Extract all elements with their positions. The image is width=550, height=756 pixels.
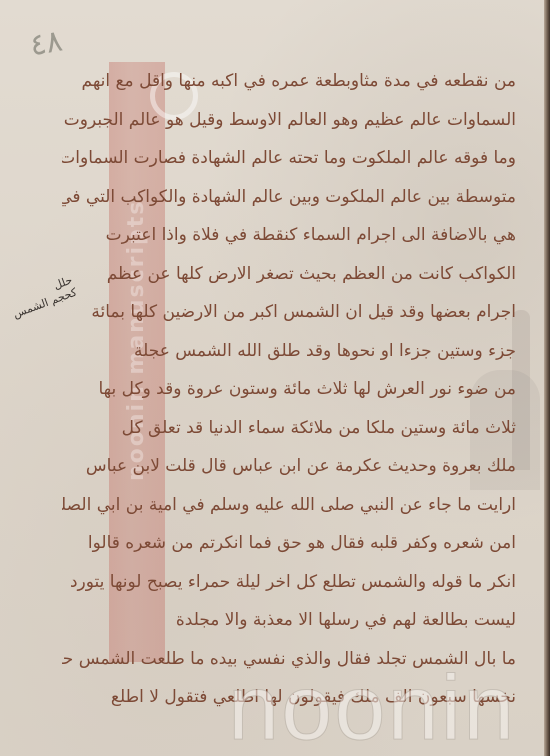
text-line: السماوات عالم عظيم وهو العالم الاوسط وقي… [62, 101, 516, 140]
text-line: جزء وستين جزءا او نحوها وقد طلق الله الش… [62, 332, 516, 371]
text-line: الكواكب كانت من العظم بحيث تصغر الارض كل… [62, 255, 516, 294]
page-number: ٤٨ [27, 23, 65, 63]
text-line: ارايت ما جاء عن النبي صلى الله عليه وسلم… [62, 486, 516, 525]
text-line: امن شعره وكفر قلبه فقال هو حق فما انكرتم… [62, 524, 516, 563]
text-line: ملك بعروة وحديث عكرمة عن ابن عباس قال قل… [62, 447, 516, 486]
text-line: ليست بطالعة لهم في رسلها الا معذبة والا … [62, 601, 516, 640]
text-line: من ضوء نور العرش لها ثلاث مائة وستون عرو… [62, 370, 516, 409]
text-line: هي بالاضافة الى اجرام السماء كنقطة في فل… [62, 216, 516, 255]
text-line: انكر ما قوله والشمس تطلع كل اخر ليلة حمر… [62, 563, 516, 602]
text-line: ثلاث مائة وستين ملكا من ملائكة سماء الدن… [62, 409, 516, 448]
text-line: متوسطة بين عالم الملكوت وبين عالم الشهاد… [62, 178, 516, 217]
manuscript-page: ٤٨ حلل كحجم الشمس noonin manuscripts من … [0, 0, 550, 756]
text-line: وما فوقه عالم الملكوت وما تحته عالم الشه… [62, 139, 516, 178]
page-edge [544, 0, 550, 756]
text-line: من نقطعه في مدة مثاوبطعة عمره في اكبه من… [62, 62, 516, 101]
watermark-footer-text: noonin [228, 662, 516, 754]
manuscript-text: من نقطعه في مدة مثاوبطعة عمره في اكبه من… [62, 62, 516, 717]
text-line: اجرام بعضها وقد قيل ان الشمس اكبر من الا… [62, 293, 516, 332]
